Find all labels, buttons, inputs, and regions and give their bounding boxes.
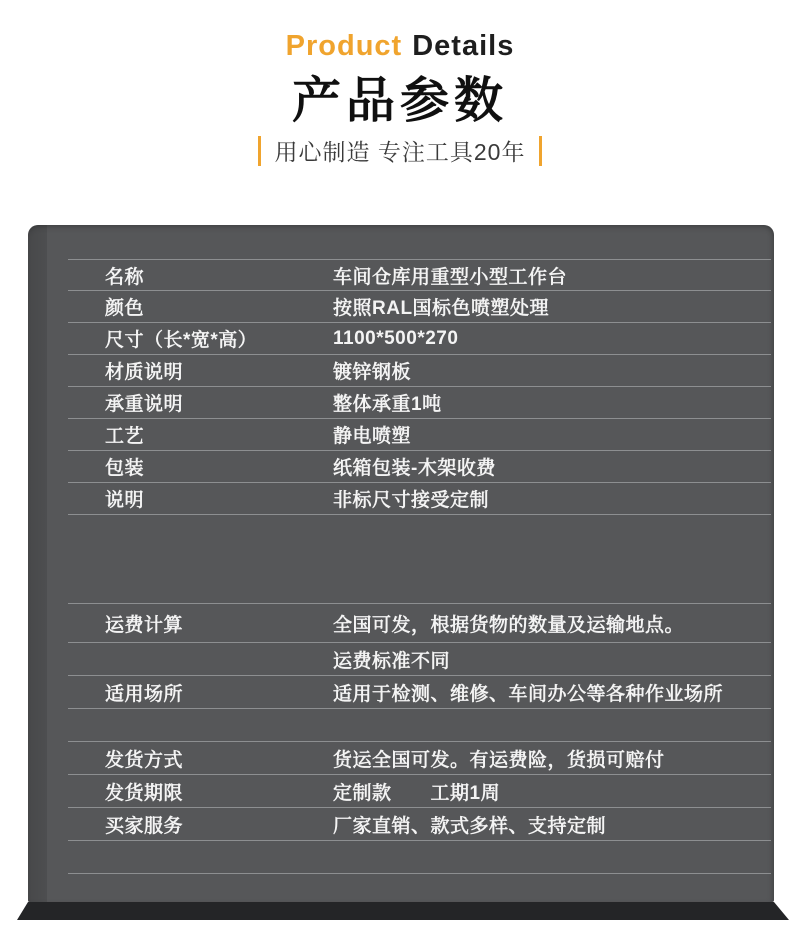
spec-value: 非标尺寸接受定制 (333, 485, 771, 512)
spec-table: 名称车间仓库用重型小型工作台颜色按照RAL国标色喷塑处理尺寸（长*宽*高）110… (68, 259, 771, 874)
spec-label: 发货方式 (105, 745, 333, 772)
spec-row: 承重说明整体承重1吨 (68, 387, 771, 419)
panel-left-edge (28, 225, 47, 902)
title-en-accent: Product (286, 30, 403, 62)
tagline-bar-left-icon (258, 136, 261, 166)
spec-label: 材质说明 (105, 357, 333, 384)
spec-label: 包装 (105, 453, 333, 480)
spec-label: 承重说明 (105, 389, 333, 416)
spec-label: 颜色 (105, 293, 333, 320)
spec-value: 纸箱包装-木架收费 (333, 453, 771, 480)
spec-row (68, 709, 771, 742)
page-title: 产品参数 (0, 62, 800, 132)
spec-row: 尺寸（长*宽*高）1100*500*270 (68, 323, 771, 355)
spec-value: 适用于检测、维修、车间办公等各种作业场所 (333, 679, 771, 706)
spec-row: 适用场所适用于检测、维修、车间办公等各种作业场所 (68, 676, 771, 709)
spec-row: 发货期限定制款 工期1周 (68, 775, 771, 808)
spec-value: 1100*500*270 (333, 328, 771, 350)
spec-section-1: 运费计算全国可发，根据货物的数量及运输地点。运费标准不同适用场所适用于检测、维修… (68, 603, 771, 874)
spec-value: 静电喷塑 (333, 421, 771, 448)
spec-value: 货运全国可发。有运费险，货损可赔付 (333, 745, 771, 772)
spec-value: 按照RAL国标色喷塑处理 (333, 293, 771, 320)
spec-panel: 名称车间仓库用重型小型工作台颜色按照RAL国标色喷塑处理尺寸（长*宽*高）110… (28, 225, 774, 902)
spec-label: 尺寸（长*宽*高） (105, 325, 333, 352)
spec-label: 工艺 (105, 421, 333, 448)
panel-base-shadow (17, 902, 789, 920)
spec-label: 运费计算 (105, 610, 333, 637)
spec-label: 买家服务 (105, 811, 333, 838)
tagline-text: 用心制造 专注工具20年 (275, 134, 526, 167)
spec-label: 发货期限 (105, 778, 333, 805)
spec-label: 说明 (105, 485, 333, 512)
spec-row: 颜色按照RAL国标色喷塑处理 (68, 291, 771, 323)
spec-value: 定制款 工期1周 (333, 778, 771, 805)
spec-value: 整体承重1吨 (333, 389, 771, 416)
spec-section-0: 名称车间仓库用重型小型工作台颜色按照RAL国标色喷塑处理尺寸（长*宽*高）110… (68, 259, 771, 515)
spec-row: 包装纸箱包装-木架收费 (68, 451, 771, 483)
spec-value: 车间仓库用重型小型工作台 (333, 262, 771, 289)
spec-row: 发货方式货运全国可发。有运费险，货损可赔付 (68, 742, 771, 775)
spec-row: 说明非标尺寸接受定制 (68, 483, 771, 515)
spec-value: 运费标准不同 (333, 646, 771, 673)
spec-row: 运费计算全国可发，根据货物的数量及运输地点。 (68, 603, 771, 643)
spec-row: 工艺静电喷塑 (68, 419, 771, 451)
spec-row (68, 841, 771, 874)
spec-row: 运费标准不同 (68, 643, 771, 676)
spec-value: 全国可发，根据货物的数量及运输地点。 (333, 610, 771, 637)
tagline: 用心制造 专注工具20年 (0, 134, 800, 167)
spec-value: 厂家直销、款式多样、支持定制 (333, 811, 771, 838)
spec-label: 名称 (105, 262, 333, 289)
spec-row: 名称车间仓库用重型小型工作台 (68, 259, 771, 291)
spec-value: 镀锌钢板 (333, 357, 771, 384)
section-title-en: ProductDetails (0, 30, 800, 63)
spec-label: 适用场所 (105, 679, 333, 706)
tagline-bar-right-icon (539, 136, 542, 166)
spec-row: 材质说明镀锌钢板 (68, 355, 771, 387)
spec-row: 买家服务厂家直销、款式多样、支持定制 (68, 808, 771, 841)
title-en-rest: Details (412, 30, 514, 62)
